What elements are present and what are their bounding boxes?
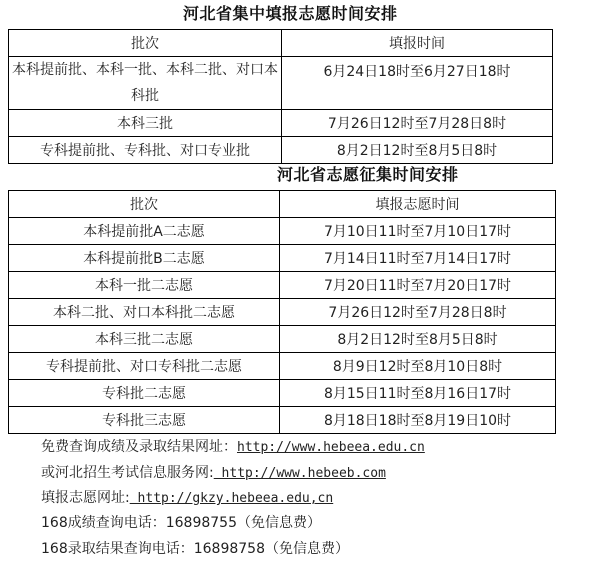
score-phone-line: 168成绩查询电话：16898755（免信息费） — [41, 514, 321, 532]
batch-cell: 本科三批二志愿 — [9, 326, 280, 353]
header-time: 填报志愿时间 — [280, 191, 556, 218]
table-row: 本科提前批A二志愿 7月10日11时至7月10日17时 — [9, 218, 556, 245]
header-time: 填报时间 — [282, 30, 553, 57]
time-cell: 8月2日12时至8月5日8时 — [282, 137, 553, 164]
batch-cell: 本科提前批B二志愿 — [9, 245, 280, 272]
time-cell: 7月26日12时至7月28日8时 — [282, 110, 553, 137]
time-cell: 8月2日12时至8月5日8时 — [280, 326, 556, 353]
table-row: 专科提前批、专科批、对口专业批 8月2日12时至8月5日8时 — [9, 137, 553, 164]
table-row: 专科批三志愿 8月18日18时至8月19日10时 — [9, 407, 556, 434]
batch-cell: 本科提前批、本科一批、本科二批、对口本科批 — [9, 57, 282, 110]
table-row: 本科三批 7月26日12时至7月28日8时 — [9, 110, 553, 137]
batch-cell: 专科提前批、专科批、对口专业批 — [9, 137, 282, 164]
hebeea-link[interactable]: http://www.hebeea.edu.cn — [237, 440, 425, 455]
batch-cell: 专科批三志愿 — [9, 407, 280, 434]
batch-cell: 本科一批二志愿 — [9, 272, 280, 299]
table-row: 本科一批二志愿 7月20日11时至7月20日17时 — [9, 272, 556, 299]
table1-title: 河北省集中填报志愿时间安排 — [183, 4, 398, 24]
table-row: 本科提前批、本科一批、本科二批、对口本科批 6月24日18时至6月27日18时 — [9, 57, 553, 110]
time-cell: 7月26日12时至7月28日8时 — [280, 299, 556, 326]
application-website-label: 填报志愿网址: — [41, 490, 130, 506]
exam-info-label: 或河北招生考试信息服务网: — [41, 465, 214, 481]
concentrated-application-schedule-table: 批次 填报时间 本科提前批、本科一批、本科二批、对口本科批 6月24日18时至6… — [8, 29, 553, 164]
table-row: 本科二批、对口本科批二志愿 7月26日12时至7月28日8时 — [9, 299, 556, 326]
time-cell: 8月9日12时至8月10日8时 — [280, 353, 556, 380]
gkzy-link[interactable]: http://gkzy.hebeea.edu,cn — [130, 491, 334, 506]
batch-cell: 本科二批、对口本科批二志愿 — [9, 299, 280, 326]
table-row: 本科提前批B二志愿 7月14日11时至7月14日17时 — [9, 245, 556, 272]
table-header-row: 批次 填报时间 — [9, 30, 553, 57]
table-row: 专科批二志愿 8月15日11时至8月16日17时 — [9, 380, 556, 407]
header-batch: 批次 — [9, 30, 282, 57]
time-cell: 7月14日11时至7月14日17时 — [280, 245, 556, 272]
time-cell: 8月18日18时至8月19日10时 — [280, 407, 556, 434]
table2-title: 河北省志愿征集时间安排 — [277, 165, 459, 185]
table-row: 专科提前批、对口专科批二志愿 8月9日12时至8月10日8时 — [9, 353, 556, 380]
admission-phone-line: 168录取结果查询电话：16898758（免信息费） — [41, 540, 349, 558]
batch-cell: 专科提前批、对口专科批二志愿 — [9, 353, 280, 380]
time-cell: 8月15日11时至8月16日17时 — [280, 380, 556, 407]
batch-cell: 本科提前批A二志愿 — [9, 218, 280, 245]
score-query-website-line: 免费查询成绩及录取结果网址：http://www.hebeea.edu.cn — [41, 438, 425, 457]
table-header-row: 批次 填报志愿时间 — [9, 191, 556, 218]
supplementary-application-schedule-table: 批次 填报志愿时间 本科提前批A二志愿 7月10日11时至7月10日17时 本科… — [8, 190, 556, 434]
time-cell: 6月24日18时至6月27日18时 — [282, 57, 553, 110]
table-row: 本科三批二志愿 8月2日12时至8月5日8时 — [9, 326, 556, 353]
batch-cell: 专科批二志愿 — [9, 380, 280, 407]
header-batch: 批次 — [9, 191, 280, 218]
hebeeb-link[interactable]: http://www.hebeeb.com — [214, 466, 386, 481]
time-cell: 7月20日11时至7月20日17时 — [280, 272, 556, 299]
time-cell: 7月10日11时至7月10日17时 — [280, 218, 556, 245]
batch-cell: 本科三批 — [9, 110, 282, 137]
score-query-label: 免费查询成绩及录取结果网址： — [41, 439, 237, 455]
application-website-line: 填报志愿网址: http://gkzy.hebeea.edu,cn — [41, 489, 333, 508]
exam-info-website-line: 或河北招生考试信息服务网: http://www.hebeeb.com — [41, 464, 386, 483]
